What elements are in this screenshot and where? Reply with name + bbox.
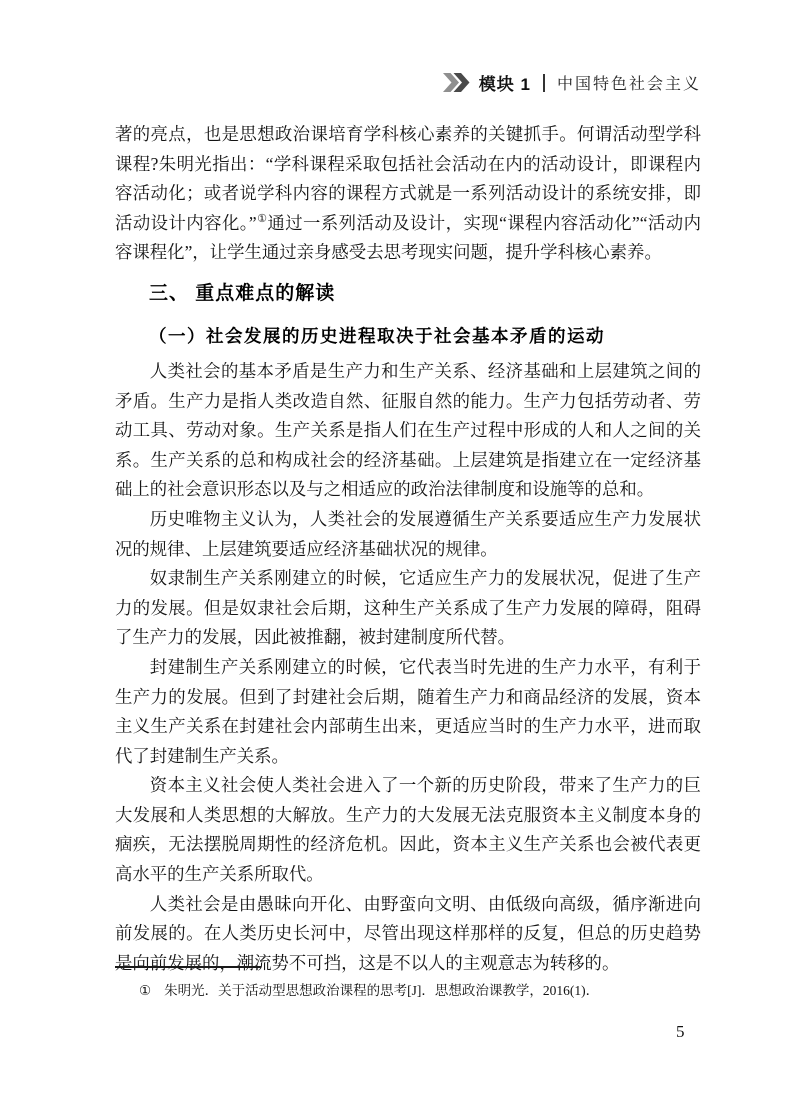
footnote-mark: ① (139, 981, 151, 1001)
header-divider (543, 74, 545, 92)
document-page: 模块 1 中国特色社会主义 著的亮点，也是思想政治课培育学科核心素养的关键抓手。… (0, 0, 800, 1119)
double-chevron-right-icon (442, 72, 470, 93)
page-number: 5 (676, 1022, 685, 1042)
page-content: 著的亮点，也是思想政治课培育学科核心素养的关键抓手。何谓活动型学科课程?朱明光指… (115, 120, 701, 978)
chapter-title: 中国特色社会主义 (557, 71, 701, 94)
section-heading: 三、 重点难点的解读 (149, 281, 701, 307)
body-paragraph-1: 人类社会的基本矛盾是生产力和生产关系、经济基础和上层建筑之间的矛盾。生产力是指人… (115, 357, 701, 505)
footnote-separator (115, 966, 261, 968)
body-paragraph-3: 奴隶制生产关系刚建立的时候，它适应生产力的发展状况，促进了生产力的发展。但是奴隶… (115, 564, 701, 653)
body-paragraph-4: 封建制生产关系刚建立的时候，它代表当时先进的生产力水平，有利于生产力的发展。但到… (115, 653, 701, 771)
footnote: ① 朱明光．关于活动型思想政治课程的思考[J]．思想政治课教学，2016(1)． (115, 981, 701, 1001)
intro-paragraph: 著的亮点，也是思想政治课培育学科核心素养的关键抓手。何谓活动型学科课程?朱明光指… (115, 120, 701, 268)
footnote-area: ① 朱明光．关于活动型思想政治课程的思考[J]．思想政治课教学，2016(1)． (115, 966, 701, 1001)
footnote-text: 朱明光．关于活动型思想政治课程的思考[J]．思想政治课教学，2016(1)． (164, 981, 599, 1001)
body-paragraph-5: 资本主义社会使人类社会进入了一个新的历史阶段，带来了生产力的巨大发展和人类思想的… (115, 771, 701, 889)
module-label: 模块 1 (479, 70, 531, 95)
body-paragraph-2: 历史唯物主义认为，人类社会的发展遵循生产关系要适应生产力发展状况的规律、上层建筑… (115, 505, 701, 564)
subsection-heading: （一）社会发展的历史进程取决于社会基本矛盾的运动 (149, 324, 701, 348)
footnote-reference-mark: ① (257, 213, 268, 225)
page-header: 模块 1 中国特色社会主义 (115, 70, 701, 95)
